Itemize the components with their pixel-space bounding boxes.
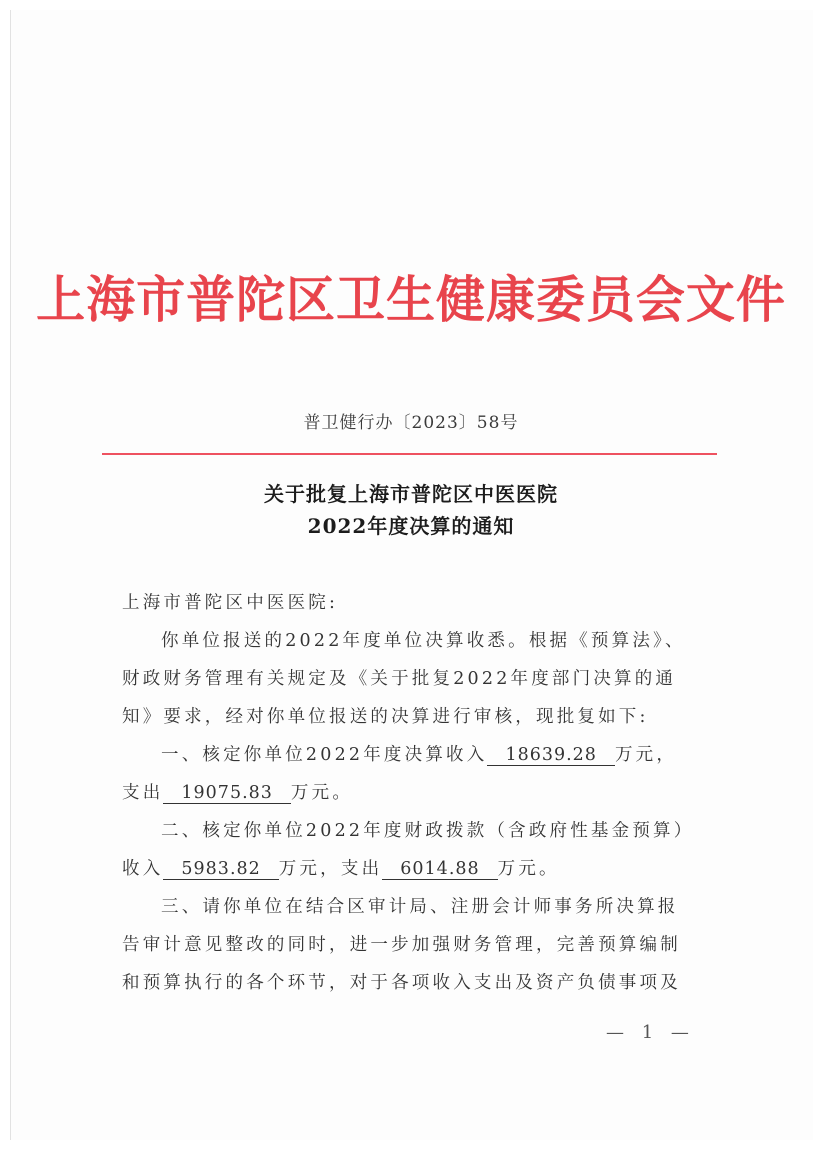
masthead-title: 上海市普陀区卫生健康委员会文件 [8, 268, 814, 332]
document-number: 普卫健行办〔2023〕58号 [0, 408, 822, 433]
fiscal-expense-value: 6014.88 [382, 859, 497, 880]
p3-suffix: 万元。 [498, 859, 560, 879]
p3-income-label: 收入 [122, 859, 163, 879]
red-divider-line [102, 453, 717, 455]
notice-title-line2: 2022年度决算的通知 [0, 510, 822, 539]
final-expense-value: 19075.83 [163, 783, 291, 804]
salutation: 上海市普陀区中医医院: [122, 589, 338, 614]
notice-title-line1: 关于批复上海市普陀区中医医院 [0, 478, 822, 507]
paragraph-2-line-1: 一、核定你单位2022年度决算收入18639.28万元， [161, 741, 677, 766]
paragraph-3-line-2: 收入5983.82万元，支出6014.88万元。 [122, 855, 560, 880]
paragraph-1-line-3: 知》要求，经对你单位报送的决算进行审核，现批复如下: [122, 703, 649, 728]
paragraph-4-line-2: 告审计意见整改的同时，进一步加强财务管理，完善预算编制 [122, 931, 681, 956]
p2-suffix: 万元， [615, 745, 677, 765]
paragraph-4-line-1: 三、请你单位在结合区审计局、注册会计师事务所决算报 [161, 893, 679, 918]
paragraph-2-line-2: 支出19075.83万元。 [122, 779, 353, 804]
paragraph-4-line-3: 和预算执行的各个环节，对于各项收入支出及资产负债事项及 [122, 969, 681, 994]
p2-expense-label: 支出 [122, 783, 163, 803]
final-income-value: 18639.28 [487, 745, 615, 766]
fiscal-income-value: 5983.82 [163, 859, 278, 880]
paragraph-1-line-2: 财政财务管理有关规定及《关于批复2022年度部门决算的通 [122, 665, 676, 690]
p3-mid: 万元，支出 [279, 859, 383, 879]
p2-prefix: 一、核定你单位2022年度决算收入 [161, 745, 487, 765]
p2-expense-suffix: 万元。 [291, 783, 353, 803]
paragraph-3-line-1: 二、核定你单位2022年度财政拨款（含政府性基金预算） [161, 817, 694, 842]
page-number: — 1 — [606, 1022, 695, 1043]
paragraph-1-line-1: 你单位报送的2022年度单位决算收悉。根据《预算法》、 [161, 627, 686, 652]
